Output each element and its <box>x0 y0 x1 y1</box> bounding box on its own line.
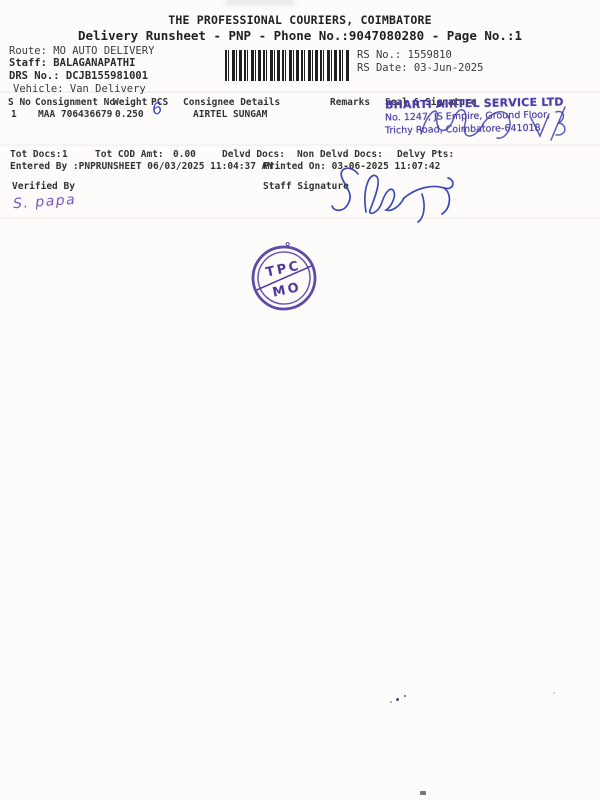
col-header-consignee-details: Consignee Details <box>183 97 280 108</box>
col-header-remarks: Remarks <box>330 97 370 108</box>
receiver-signature-scrawl <box>413 96 583 148</box>
delvd-docs-label: Delvd Docs: <box>222 149 285 160</box>
tot-cod-amt-value: 0.00 <box>173 149 196 160</box>
tot-docs-value: 1 <box>62 149 68 160</box>
drs-no-line: DRS No.: DCJB155981001 <box>9 70 148 82</box>
ink-speck <box>396 698 399 701</box>
company-title: THE PROFESSIONAL COURIERS, COIMBATORE <box>0 13 600 27</box>
tot-docs-label: Tot Docs: <box>10 149 61 160</box>
ink-speck <box>404 695 406 697</box>
cell-weight: 0.250 <box>115 109 144 120</box>
non-delvd-docs-label: Non Delvd Docs: <box>297 149 383 160</box>
tot-cod-amt-label: Tot COD Amt: <box>95 149 164 160</box>
col-header-consignment-no: Consignment No <box>35 97 115 108</box>
entered-by-line: Entered By :PNPRUNSHEET 06/03/2025 11:04… <box>10 161 273 172</box>
staff-line: Staff: BALAGANAPATHI <box>9 57 135 69</box>
ink-speck <box>553 692 555 694</box>
runsheet-barcode <box>225 50 350 81</box>
scan-smudge <box>225 0 295 5</box>
scan-streak <box>0 217 600 219</box>
handwritten-verifier-name: S. papa <box>13 192 77 212</box>
rs-date-line: RS Date: 03-Jun-2025 <box>357 62 483 74</box>
cell-sno: 1 <box>11 109 17 120</box>
col-header-weight: Weight <box>113 97 147 108</box>
col-header-sno: S No <box>8 97 31 108</box>
vehicle-line: Vehicle: Van Delivery <box>13 83 146 95</box>
ink-speck <box>420 791 426 795</box>
rs-no-line: RS No.: 1559810 <box>357 49 452 61</box>
verified-by-label: Verified By <box>12 181 75 192</box>
staff-signature-scrawl <box>320 162 470 224</box>
svg-text:TPC: TPC <box>264 259 302 281</box>
svg-text:MO: MO <box>271 280 302 301</box>
tpc-mo-round-stamp: TPC MO <box>246 240 322 316</box>
cell-consignment-no: MAA 706436679 <box>38 109 112 120</box>
route-line: Route: MO AUTO DELIVERY <box>9 45 154 57</box>
delivery-runsheet-document: THE PROFESSIONAL COURIERS, COIMBATORE De… <box>0 0 600 800</box>
delvy-pts-label: Delvy Pts: <box>397 149 454 160</box>
ink-speck <box>390 701 392 703</box>
cell-consignee: AIRTEL SUNGAM <box>193 109 267 120</box>
runsheet-subtitle: Delivery Runsheet - PNP - Phone No.:9047… <box>0 28 600 43</box>
